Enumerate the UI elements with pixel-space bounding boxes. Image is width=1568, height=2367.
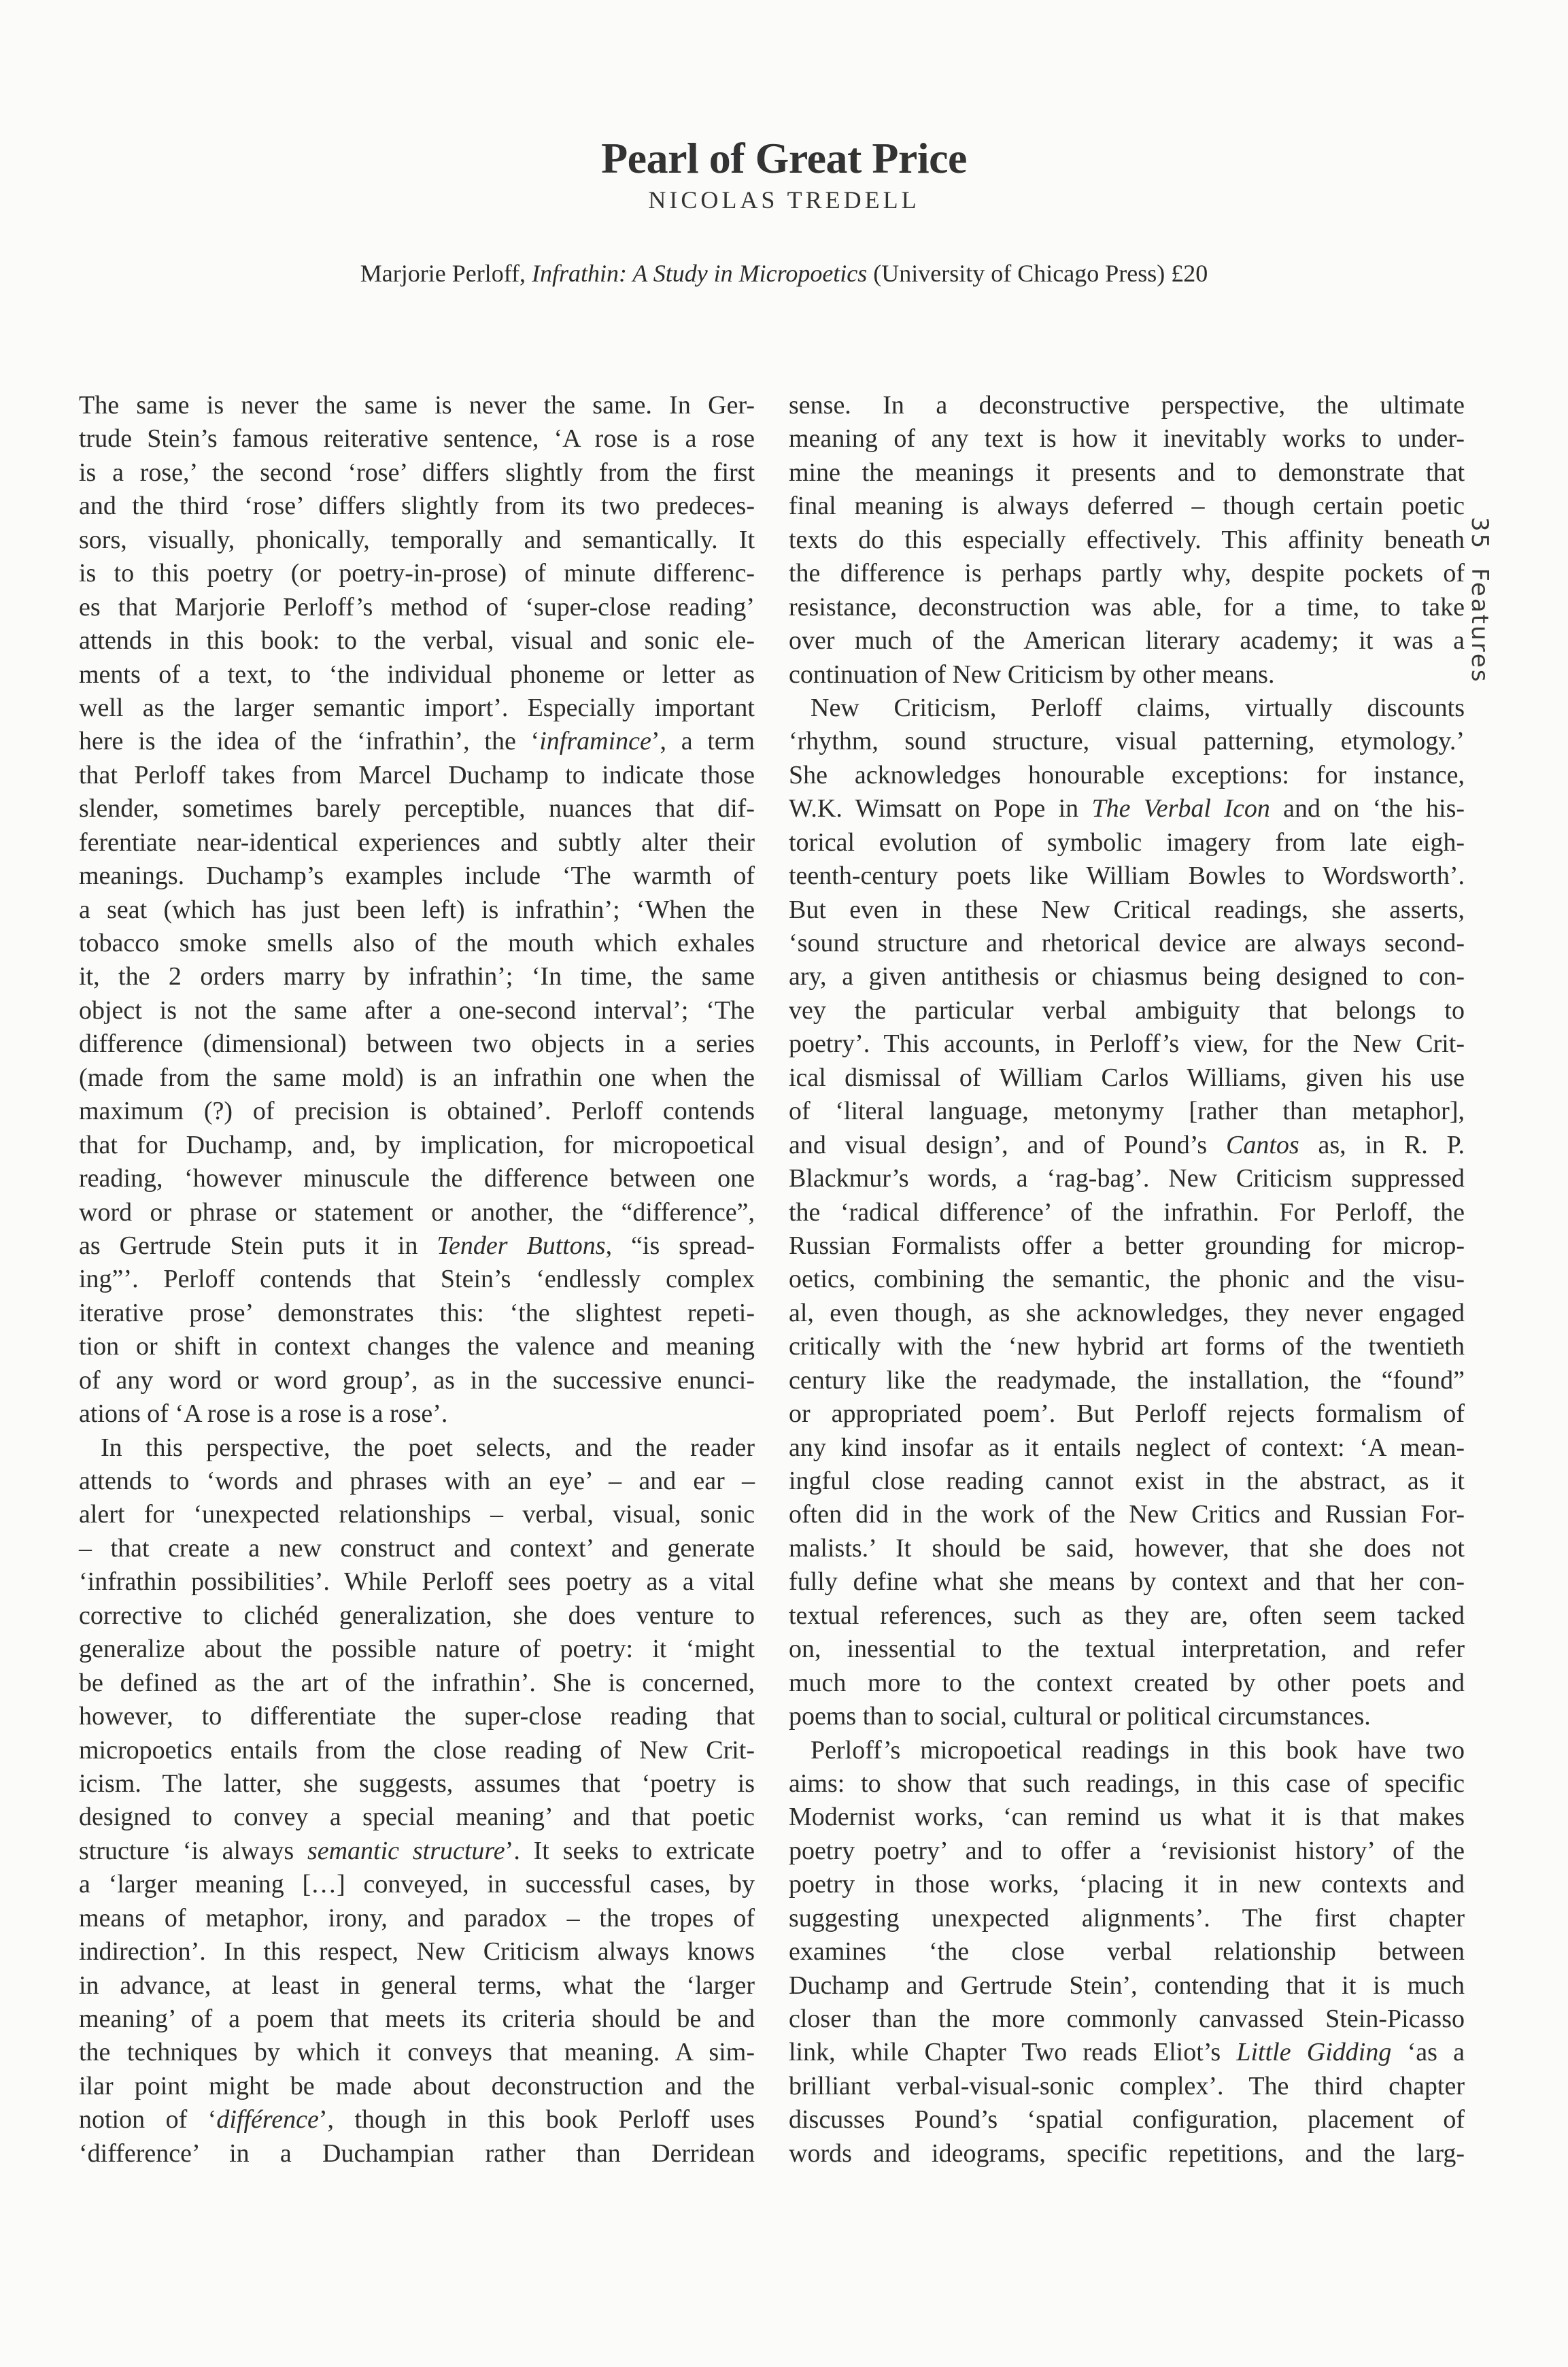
text-line: Modernist works, ‘can remind us what it …: [789, 1801, 1465, 1834]
text-line: here is the idea of the ‘infrathin’, the…: [79, 725, 755, 758]
text-line: difference (dimensional) between two obj…: [79, 1027, 755, 1061]
text-line: discusses Pound’s ‘spatial configuration…: [789, 2103, 1465, 2136]
text-line: icism. The latter, she suggests, assumes…: [79, 1767, 755, 1801]
text-line: as Gertrude Stein puts it in Tender Butt…: [79, 1229, 755, 1263]
text-line: Blackmur’s words, a ‘rag-bag’. New Criti…: [789, 1162, 1465, 1195]
text-line: micropoetics entails from the close read…: [79, 1734, 755, 1767]
text-line: and visual design’, and of Pound’s Canto…: [789, 1129, 1465, 1162]
text-line: W.K. Wimsatt on Pope in The Verbal Icon …: [789, 792, 1465, 825]
reviewed-book-citation: Marjorie Perloff, Infrathin: A Study in …: [0, 257, 1568, 290]
text-line: closer than the more commonly canvassed …: [789, 2003, 1465, 2036]
text-line: is to this poetry (or poetry-in-prose) o…: [79, 557, 755, 590]
text-line: a ‘larger meaning […] conveyed, in succe…: [79, 1868, 755, 1901]
text-line: designed to convey a special meaning’ an…: [79, 1801, 755, 1834]
text-line: The same is never the same is never the …: [79, 389, 755, 422]
text-line: any kind insofar as it entails neglect o…: [789, 1431, 1465, 1465]
text-line: malists.’ It should be said, however, th…: [789, 1532, 1465, 1565]
text-line: structure ‘is always semantic structure’…: [79, 1835, 755, 1868]
text-line: indirection’. In this respect, New Criti…: [79, 1935, 755, 1969]
text-line: vey the particular verbal ambiguity that…: [789, 994, 1465, 1027]
text-line: final meaning is always deferred – thoug…: [789, 490, 1465, 523]
body-column-right: sense. In a deconstructive perspective, …: [789, 389, 1465, 2170]
text-line: of any word or word group’, as in the su…: [79, 1364, 755, 1397]
text-line: meaning of any text is how it inevitably…: [789, 422, 1465, 456]
text-line: tobacco smoke smells also of the mouth w…: [79, 927, 755, 960]
book-author: Marjorie Perloff,: [360, 260, 532, 287]
text-line: texts do this especially effectively. Th…: [789, 524, 1465, 557]
text-line: slender, sometimes barely perceptible, n…: [79, 792, 755, 825]
text-line: ingful close reading cannot exist in the…: [789, 1465, 1465, 1498]
text-line: meaning’ of a poem that meets its criter…: [79, 2003, 755, 2036]
text-line: alert for ‘unexpected relationships – ve…: [79, 1498, 755, 1531]
text-line: teenth-century poets like William Bowles…: [789, 859, 1465, 893]
text-line: means of metaphor, irony, and paradox – …: [79, 1902, 755, 1935]
text-line: sense. In a deconstructive perspective, …: [789, 389, 1465, 422]
text-line: ‘rhythm, sound structure, visual pattern…: [789, 725, 1465, 758]
text-line: attends in this book: to the verbal, vis…: [79, 624, 755, 658]
text-line: words and ideograms, specific repetition…: [789, 2137, 1465, 2170]
text-line: that for Duchamp, and, by implication, f…: [79, 1129, 755, 1162]
text-line: poems than to social, cultural or politi…: [789, 1700, 1465, 1733]
text-line: poetry’. This accounts, in Perloff’s vie…: [789, 1027, 1465, 1061]
text-line: resistance, deconstruction was able, for…: [789, 591, 1465, 624]
text-line: fully define what she means by context a…: [789, 1565, 1465, 1599]
text-line: ‘sound structure and rhetorical device a…: [789, 927, 1465, 960]
text-line: al, even though, as she acknowledges, th…: [789, 1297, 1465, 1330]
text-line: Russian Formalists offer a better ground…: [789, 1229, 1465, 1263]
text-line: the ‘radical difference’ of the infrathi…: [789, 1196, 1465, 1229]
text-line: the difference is perhaps partly why, de…: [789, 557, 1465, 590]
text-line: But even in these New Critical readings,…: [789, 893, 1465, 927]
text-line: reading, ‘however minuscule the differen…: [79, 1162, 755, 1195]
text-line: or appropriated poem’. But Perloff rejec…: [789, 1397, 1465, 1431]
magazine-page: Pearl of Great Price NICOLAS TREDELL Mar…: [0, 0, 1568, 2367]
text-line: poetry poetry’ and to offer a ‘revisioni…: [789, 1835, 1465, 1868]
text-line: oetics, combining the semantic, the phon…: [789, 1263, 1465, 1296]
section-label: Features: [1466, 568, 1493, 683]
text-line: object is not the same after a one-secon…: [79, 994, 755, 1027]
text-line: continuation of New Criticism by other m…: [789, 658, 1465, 692]
text-line: She acknowledges honourable exceptions: …: [789, 759, 1465, 792]
text-line: often did in the work of the New Critics…: [789, 1498, 1465, 1531]
text-line: meanings. Duchamp’s examples include ‘Th…: [79, 859, 755, 893]
text-line: torical evolution of symbolic imagery fr…: [789, 826, 1465, 859]
text-line: poetry in those works, ‘placing it in ne…: [789, 1868, 1465, 1901]
text-line: es that Marjorie Perloff’s method of ‘su…: [79, 591, 755, 624]
text-line: ary, a given antithesis or chiasmus bein…: [789, 960, 1465, 993]
text-line: Perloff’s micropoetical readings in this…: [789, 1734, 1465, 1767]
text-line: examines ‘the close verbal relationship …: [789, 1935, 1465, 1969]
text-line: century like the readymade, the installa…: [789, 1364, 1465, 1397]
text-line: iterative prose’ demonstrates this: ‘the…: [79, 1297, 755, 1330]
text-line: ‘infrathin possibilities’. While Perloff…: [79, 1565, 755, 1599]
article-title: Pearl of Great Price: [0, 131, 1568, 186]
text-line: and the third ‘rose’ differs slightly fr…: [79, 490, 755, 523]
text-line: however, to differentiate the super-clos…: [79, 1700, 755, 1733]
text-line: ‘difference’ in a Duchampian rather than…: [79, 2137, 755, 2170]
text-line: be defined as the art of the infrathin’.…: [79, 1667, 755, 1700]
text-line: the techniques by which it conveys that …: [79, 2036, 755, 2069]
text-line: Duchamp and Gertrude Stein’, contending …: [789, 1969, 1465, 2003]
running-folio: 35Features: [1466, 517, 1493, 683]
text-line: notion of ‘différence’, though in this b…: [79, 2103, 755, 2136]
text-line: is a rose,’ the second ‘rose’ differs sl…: [79, 456, 755, 490]
text-line: In this perspective, the poet selects, a…: [79, 1431, 755, 1465]
text-line: ical dismissal of William Carlos William…: [789, 1061, 1465, 1095]
text-line: well as the larger semantic import’. Esp…: [79, 692, 755, 725]
text-line: brilliant verbal-visual-sonic complex’. …: [789, 2070, 1465, 2103]
text-line: trude Stein’s famous reiterative sentenc…: [79, 422, 755, 456]
text-line: textual references, such as they are, of…: [789, 1599, 1465, 1633]
text-line: a seat (which has just been left) is inf…: [79, 893, 755, 927]
text-line: New Criticism, Perloff claims, virtually…: [789, 692, 1465, 725]
text-line: tion or shift in context changes the val…: [79, 1330, 755, 1363]
text-line: ferentiate near-identical experiences an…: [79, 826, 755, 859]
text-line: ments of a text, to ‘the individual phon…: [79, 658, 755, 692]
text-line: corrective to clichéd generalization, sh…: [79, 1599, 755, 1633]
text-line: sors, visually, phonically, temporally a…: [79, 524, 755, 557]
body-column-left: The same is never the same is never the …: [79, 389, 755, 2170]
publisher-price: (University of Chicago Press) £20: [867, 260, 1208, 287]
text-line: much more to the context created by othe…: [789, 1667, 1465, 1700]
text-line: – that create a new construct and contex…: [79, 1532, 755, 1565]
text-line: over much of the American literary acade…: [789, 624, 1465, 658]
text-line: critically with the ‘new hybrid art form…: [789, 1330, 1465, 1363]
text-line: mine the meanings it presents and to dem…: [789, 456, 1465, 490]
text-line: attends to ‘words and phrases with an ey…: [79, 1465, 755, 1498]
text-line: of ‘literal language, metonymy [rather t…: [789, 1095, 1465, 1128]
book-title: Infrathin: A Study in Micropoetics: [532, 260, 867, 287]
page-number: 35: [1466, 517, 1493, 550]
text-line: it, the 2 orders marry by infrathin’; ‘I…: [79, 960, 755, 993]
text-line: link, while Chapter Two reads Eliot’s Li…: [789, 2036, 1465, 2069]
text-line: maximum (?) of precision is obtained’. P…: [79, 1095, 755, 1128]
text-line: (made from the same mold) is an infrathi…: [79, 1061, 755, 1095]
text-line: word or phrase or statement or another, …: [79, 1196, 755, 1229]
text-line: in advance, at least in general terms, w…: [79, 1969, 755, 2003]
text-line: ilar point might be made about deconstru…: [79, 2070, 755, 2103]
text-line: suggesting unexpected alignments’. The f…: [789, 1902, 1465, 1935]
text-line: aims: to show that such readings, in thi…: [789, 1767, 1465, 1801]
article-author: NICOLAS TREDELL: [0, 185, 1568, 215]
text-line: ations of ‘A rose is a rose is a rose’.: [79, 1397, 755, 1431]
text-line: on, inessential to the textual interpret…: [789, 1633, 1465, 1666]
text-line: generalize about the possible nature of …: [79, 1633, 755, 1666]
text-line: ing”’. Perloff contends that Stein’s ‘en…: [79, 1263, 755, 1296]
text-line: that Perloff takes from Marcel Duchamp t…: [79, 759, 755, 792]
